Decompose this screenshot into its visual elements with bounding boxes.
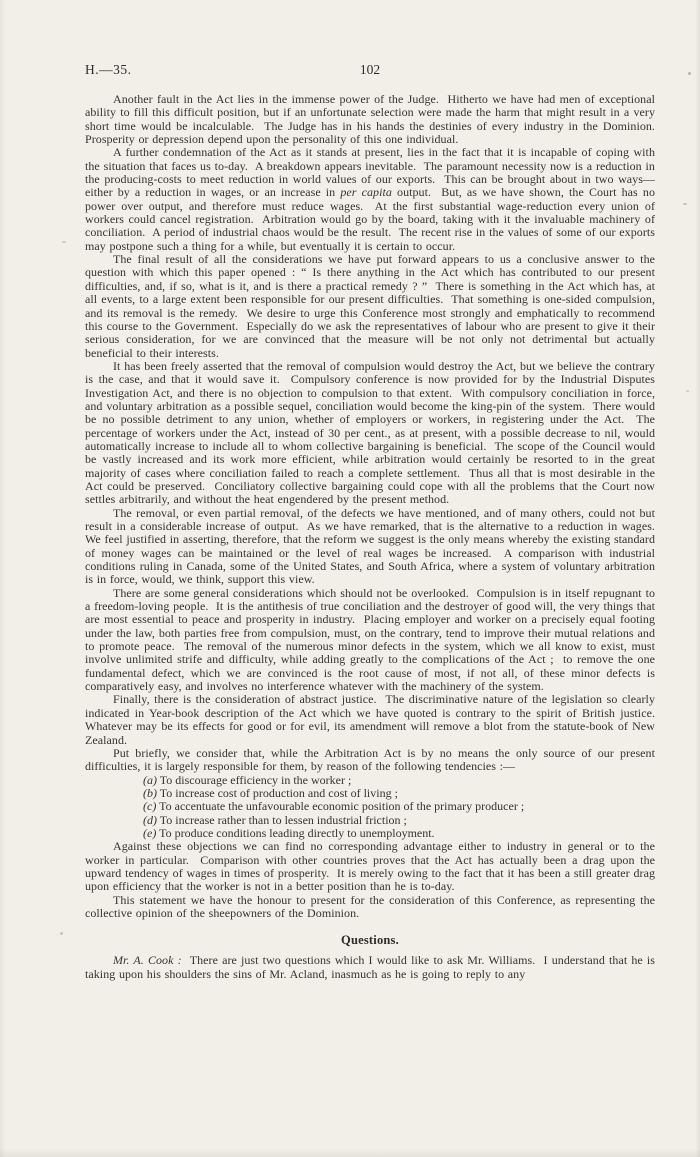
list-item: (c) To accentuate the unfavourable econo… [85, 800, 655, 813]
paragraph-abstract-justice: Finally, there is the consideration of a… [85, 693, 655, 746]
paragraph-put-briefly: Put briefly, we consider that, while the… [85, 747, 655, 774]
document-body: Another fault in the Act lies in the imm… [85, 93, 655, 981]
scan-speck [686, 390, 689, 392]
list-item: (e) To produce conditions leading direct… [85, 827, 655, 840]
list-item-text: To accentuate the unfavourable economic … [159, 799, 524, 813]
tendencies-list: (a) To discourage efficiency in the work… [85, 774, 655, 841]
list-item: (b) To increase cost of production and c… [85, 787, 655, 800]
list-marker: (c) [143, 799, 156, 813]
list-marker: (b) [143, 786, 157, 800]
speaker-name: Mr. A. Cook : [113, 953, 182, 967]
page-header: H.—35. 102 [85, 62, 655, 80]
list-marker: (d) [143, 813, 157, 827]
list-item-text: To produce conditions leading directly t… [159, 826, 434, 840]
paragraph-removal-of-defects: The removal, or even partial removal, of… [85, 507, 655, 587]
list-item: (a) To discourage efficiency in the work… [85, 774, 655, 787]
paragraph-against-objections: Against these objections we can find no … [85, 840, 655, 893]
list-marker: (a) [143, 773, 157, 787]
scan-speck [62, 241, 66, 243]
paragraph-further-condemnation: A further condemnation of the Act as it … [85, 146, 655, 253]
list-item: (d) To increase rather than to lessen in… [85, 814, 655, 827]
paragraph-judge-power: Another fault in the Act lies in the imm… [85, 93, 655, 146]
scan-speck [688, 72, 691, 75]
page-number: 102 [85, 62, 655, 78]
list-item-text: To increase cost of production and cost … [160, 786, 398, 800]
scan-speck [60, 932, 63, 935]
paragraph-removal-of-compulsion: It has been freely asserted that the rem… [85, 360, 655, 507]
scan-speck [683, 203, 687, 205]
questions-section-heading: Questions. [85, 933, 655, 948]
paragraph-mr-cook-question: Mr. A. Cook : There are just two questio… [85, 954, 655, 981]
list-item-text: To discourage efficiency in the worker ; [160, 773, 352, 787]
list-marker: (e) [143, 826, 156, 840]
scanned-document-page: H.—35. 102 Another fault in the Act lies… [0, 0, 700, 1157]
paragraph-final-result: The final result of all the consideratio… [85, 253, 655, 360]
paragraph-statement-honour: This statement we have the honour to pre… [85, 894, 655, 921]
list-item-text: To increase rather than to lessen indust… [160, 813, 407, 827]
italic-phrase-per-capita: per capita [340, 185, 392, 199]
paragraph-general-considerations: There are some general considerations wh… [85, 587, 655, 694]
